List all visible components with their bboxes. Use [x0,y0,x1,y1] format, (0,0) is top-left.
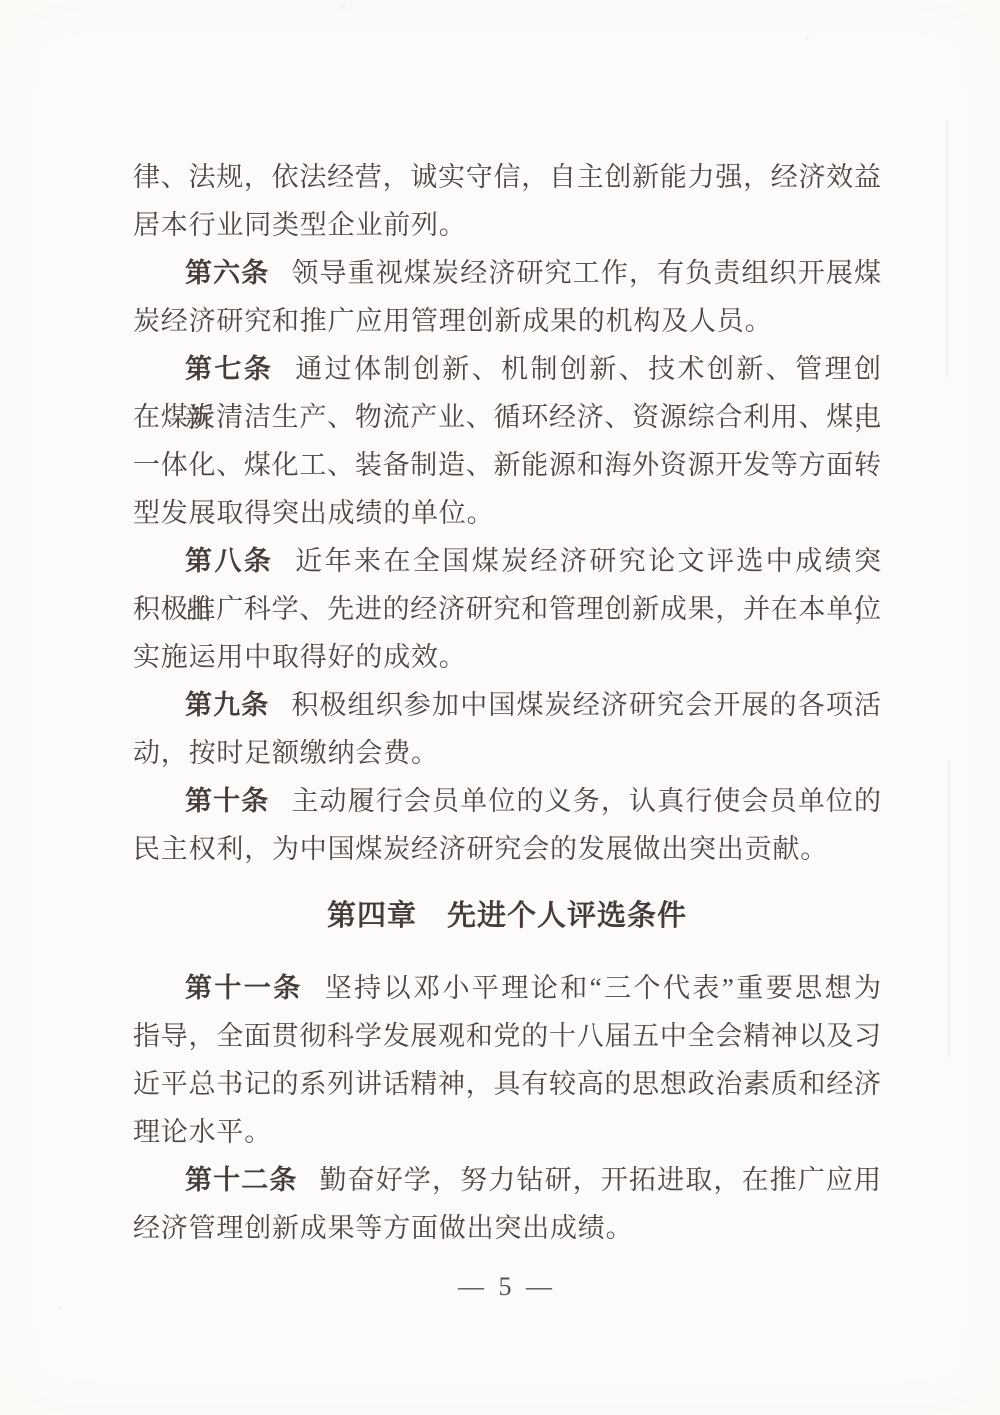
page-number: — 5 — [133,1263,881,1311]
line-text: 坚持以邓小平理论和“三个代表”重要思想为 [325,973,881,1003]
text-line: 指导，全面贯彻科学发展观和党的十八届五中全会精神以及习 [133,1012,881,1060]
line-text: 一体化、煤化工、装备制造、新能源和海外资源开发等方面转 [133,450,881,480]
text-line: 理论水平。 [133,1108,881,1156]
document-page: 律、法规，依法经营，诚实守信，自主创新能力强，经济效益 居本行业同类型企业前列。… [0,0,1000,1415]
text-line: 实施运用中取得好的成效。 [133,633,881,681]
text-line: 居本行业同类型企业前列。 [133,201,881,249]
line-text: 动，按时足额缴纳会费。 [133,738,439,768]
scan-streak [946,120,948,380]
document-body: 律、法规，依法经营，诚实守信，自主创新能力强，经济效益 居本行业同类型企业前列。… [133,153,881,1311]
text-line: 炭经济研究和推广应用管理创新成果的机构及人员。 [133,297,881,345]
text-line: 第九条积极组织参加中国煤炭经济研究会开展的各项活 [133,681,881,729]
line-text: 领导重视煤炭经济研究工作，有负责组织开展煤 [291,258,881,288]
line-text: 炭经济研究和推广应用管理创新成果的机构及人员。 [133,306,772,336]
text-line: 律、法规，依法经营，诚实守信，自主创新能力强，经济效益 [133,153,881,201]
scan-speck [58,1306,61,1309]
line-text: 积极推广科学、先进的经济研究和管理创新成果，并在本单位 [133,594,881,624]
text-line: 第六条领导重视煤炭经济研究工作，有负责组织开展煤 [133,249,881,297]
text-line: 一体化、煤化工、装备制造、新能源和海外资源开发等方面转 [133,441,881,489]
line-text: 勤奋好学，努力钻研，开拓进取，在推广应用 [320,1165,881,1195]
text-line: 积极推广科学、先进的经济研究和管理创新成果，并在本单位 [133,585,881,633]
line-text: 经济管理创新成果等方面做出突出成绩。 [133,1213,633,1243]
article-number: 第十二条 [185,1165,298,1196]
line-text: 积极组织参加中国煤炭经济研究会开展的各项活 [291,690,881,720]
line-text: 居本行业同类型企业前列。 [133,210,467,240]
text-line: 第十条主动履行会员单位的义务，认真行使会员单位的 [133,777,881,825]
chapter-heading: 第四章 先进个人评选条件 [133,891,881,939]
article-number: 第十条 [185,786,269,817]
article-number: 第六条 [185,258,269,289]
scan-speck [342,6,345,9]
text-line: 型发展取得突出成绩的单位。 [133,489,881,537]
text-line: 在煤炭清洁生产、物流产业、循环经济、资源综合利用、煤电 [133,393,881,441]
line-text: 型发展取得突出成绩的单位。 [133,498,494,528]
line-text: 在煤炭清洁生产、物流产业、循环经济、资源综合利用、煤电 [133,402,881,432]
section-individual-criteria: 第十一条坚持以邓小平理论和“三个代表”重要思想为 指导，全面贯彻科学发展观和党的… [133,964,881,1252]
article-number: 第七条 [185,354,273,385]
article-number: 第九条 [185,690,269,721]
text-line: 动，按时足额缴纳会费。 [133,729,881,777]
text-line: 民主权利，为中国煤炭经济研究会的发展做出突出贡献。 [133,825,881,873]
article-number: 第十一条 [185,973,303,1004]
line-text: 主动履行会员单位的义务，认真行使会员单位的 [291,786,881,816]
text-line: 经济管理创新成果等方面做出突出成绩。 [133,1204,881,1252]
line-text: 近平总书记的系列讲话精神，具有较高的思想政治素质和经济 [133,1069,881,1099]
line-text: 律、法规，依法经营，诚实守信，自主创新能力强，经济效益 [133,162,881,192]
line-text: 民主权利，为中国煤炭经济研究会的发展做出突出贡献。 [133,834,828,864]
line-text: 指导，全面贯彻科学发展观和党的十八届五中全会精神以及习 [133,1021,881,1051]
text-line: 第十一条坚持以邓小平理论和“三个代表”重要思想为 [133,964,881,1012]
text-line: 第十二条勤奋好学，努力钻研，开拓进取，在推广应用 [133,1156,881,1204]
scan-speck [806,36,809,39]
line-text: 理论水平。 [133,1117,272,1147]
text-line: 近平总书记的系列讲话精神，具有较高的思想政治素质和经济 [133,1060,881,1108]
text-line: 第七条通过体制创新、机制创新、技术创新、管理创新， [133,345,881,393]
article-number: 第八条 [185,546,273,577]
text-line: 第八条近年来在全国煤炭经济研究论文评选中成绩突出， [133,537,881,585]
line-text: 实施运用中取得好的成效。 [133,642,467,672]
scan-streak [948,760,950,1060]
